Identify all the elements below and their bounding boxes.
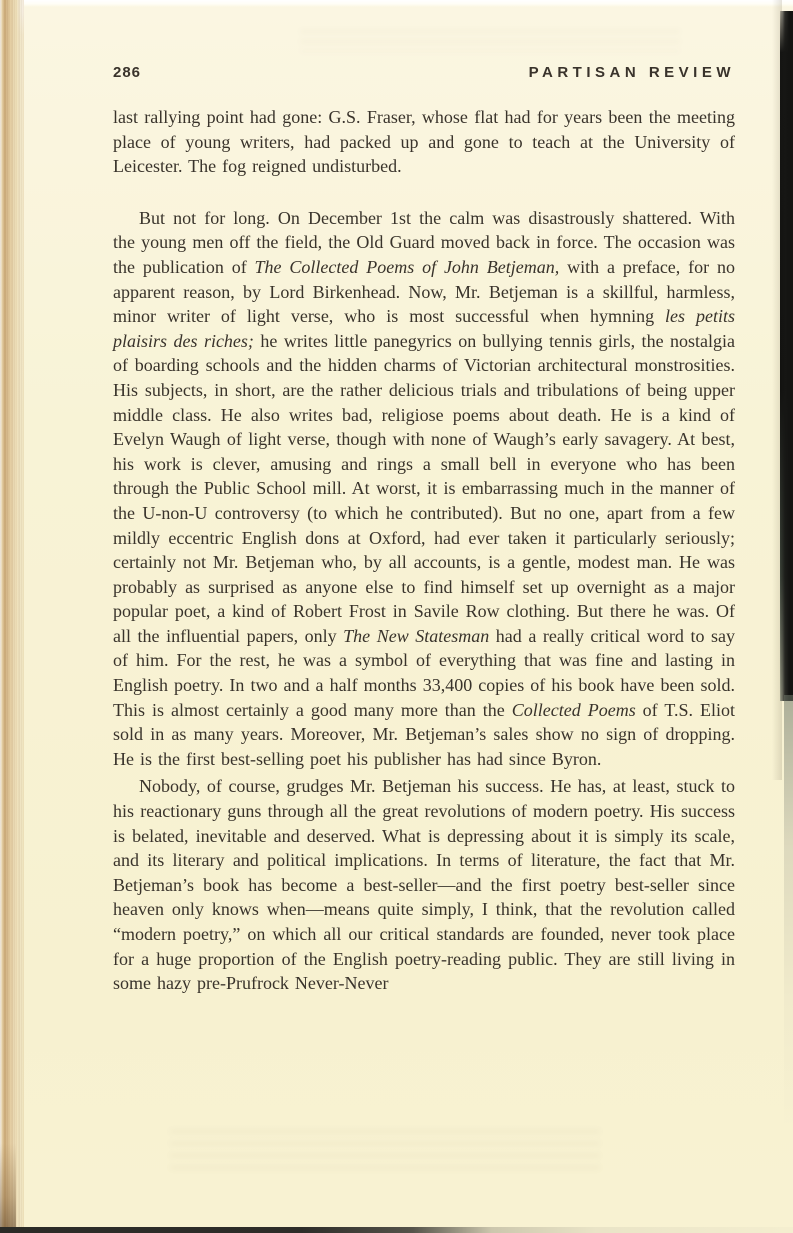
article-body: last rallying point had gone: G.S. Frase…	[113, 105, 735, 996]
text-segment: Nobody, of course, grudges Mr. Betjeman …	[113, 776, 735, 993]
scan-edge-bottom	[0, 1227, 793, 1233]
page-number: 286	[113, 64, 141, 81]
running-head: 286 PARTISAN REVIEW	[113, 64, 735, 81]
scan-edge-right-light	[784, 695, 793, 1125]
book-leaf-edges-left	[0, 0, 24, 1233]
italic-text-segment: The Collected Poems of John Betjeman,	[255, 257, 560, 277]
body-paragraph: last rallying point had gone: G.S. Frase…	[113, 105, 735, 179]
scan-edge-top	[0, 0, 793, 7]
book-leaf-edges-left-bottom	[0, 1143, 16, 1233]
scan-edge-right-dark	[780, 11, 793, 701]
show-through-ghost-text	[300, 30, 680, 52]
italic-text-segment: Collected Poems	[512, 700, 636, 720]
journal-title: PARTISAN REVIEW	[529, 64, 735, 81]
scanned-book-page: 286 PARTISAN REVIEW last rallying point …	[0, 0, 793, 1233]
body-paragraph: Nobody, of course, grudges Mr. Betjeman …	[113, 774, 735, 995]
italic-text-segment: The New Statesman	[343, 626, 489, 646]
body-paragraph: But not for long. On December 1st the ca…	[113, 206, 735, 772]
text-segment: he writes little panegyrics on bullying …	[113, 331, 735, 646]
text-segment: last rallying point had gone: G.S. Frase…	[113, 107, 735, 176]
show-through-ghost-text	[170, 1130, 600, 1170]
